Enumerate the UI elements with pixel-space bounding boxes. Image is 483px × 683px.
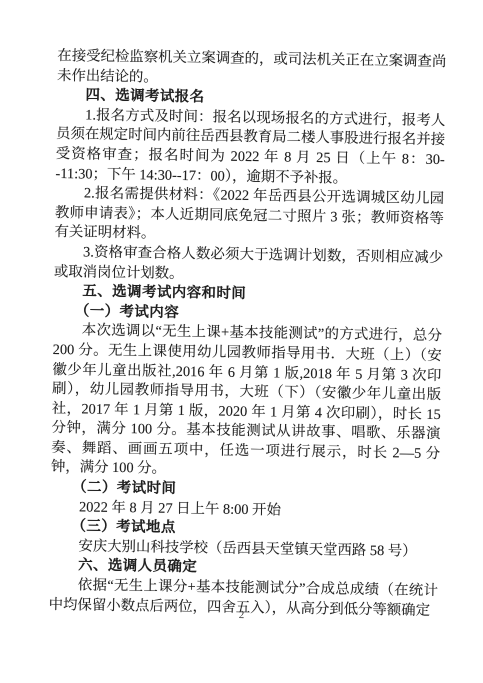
scanned-document-page: 在接受纪检监察机关立案调查的，或司法机关正在立案调查尚未作出结论的。四、选调考试…: [0, 0, 483, 683]
paragraph: 2.报名需提供材料：《2022 年岳西县公开选调城区幼儿园教师申请表》；本人近期…: [54, 184, 444, 249]
paragraph-continuation: 在接受纪检监察机关立案调查的，或司法机关正在立案调查尚未作出结论的。: [57, 47, 447, 92]
document-body: 在接受纪检监察机关立案调查的，或司法机关正在立案调查尚未作出结论的。四、选调考试…: [49, 47, 447, 621]
paragraph: 本次选调以“无生上课+基本技能测试”的方式进行，总分 200 分。无生上课使用幼…: [51, 321, 442, 484]
paragraph: 3.资格审查合格人数必须大于选调计划数，否则相应减少或取消岗位计划数。: [54, 243, 444, 288]
paragraph: 1.报名方式及时间：报名以现场报名的方式进行，报考人员须在规定时间内前往岳西县教…: [55, 106, 445, 190]
